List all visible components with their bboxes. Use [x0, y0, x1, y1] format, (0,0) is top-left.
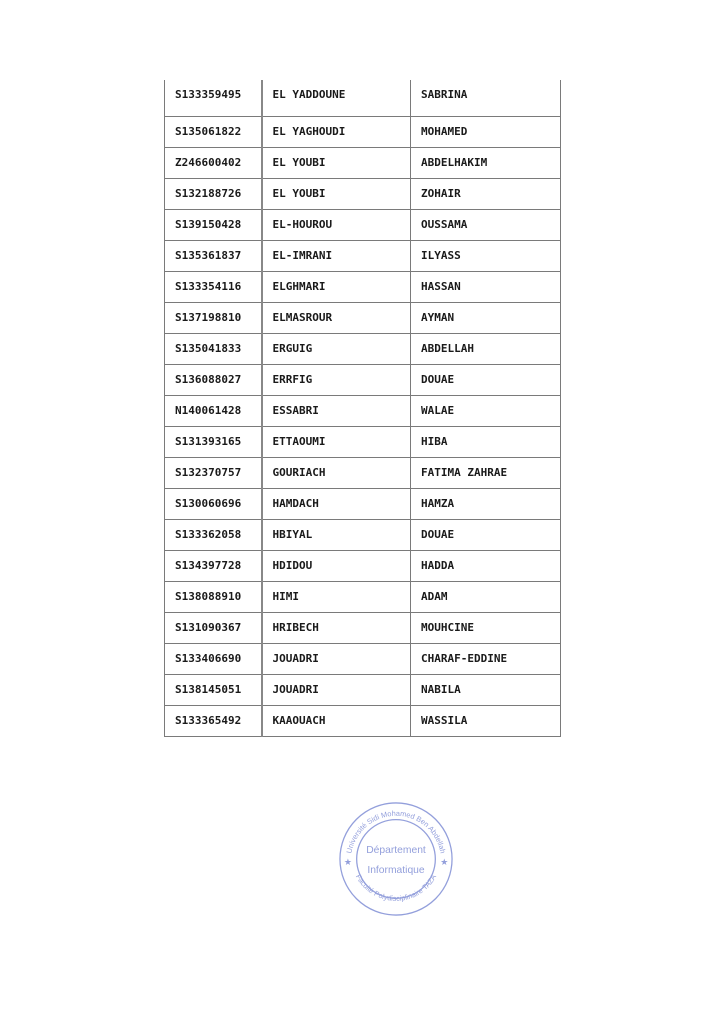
- last-name-cell-text: EL YOUBI: [273, 156, 326, 169]
- student-table: S133359495EL YADDOUNESABRINAS135061822EL…: [164, 80, 561, 737]
- last-name-cell-text: EL-HOUROU: [273, 218, 333, 231]
- first-name-cell-text: ZOHAIR: [421, 187, 461, 200]
- first-name-cell: DOUAE: [411, 519, 561, 550]
- table-row: S133354116ELGHMARIHASSAN: [165, 271, 561, 302]
- last-name-cell: EL YAGHOUDI: [262, 116, 411, 147]
- last-name-cell: ELMASROUR: [262, 302, 411, 333]
- first-name-cell-text: SABRINA: [421, 88, 467, 101]
- student-id-cell-text: S137198810: [175, 311, 241, 324]
- student-id-cell-text: S134397728: [175, 559, 241, 572]
- last-name-cell: EL YADDOUNE: [262, 80, 411, 116]
- last-name-cell-text: HAMDACH: [273, 497, 319, 510]
- last-name-cell-text: HBIYAL: [273, 528, 313, 541]
- last-name-cell-text: EL YOUBI: [273, 187, 326, 200]
- first-name-cell: HADDA: [411, 550, 561, 581]
- table-row: S139150428EL-HOUROUOUSSAMA: [165, 209, 561, 240]
- first-name-cell: HIBA: [411, 426, 561, 457]
- student-id-cell: S135061822: [165, 116, 262, 147]
- last-name-cell: ETTAOUMI: [262, 426, 411, 457]
- last-name-cell-text: HRIBECH: [273, 621, 319, 634]
- student-id-cell: S136088027: [165, 364, 262, 395]
- first-name-cell: ZOHAIR: [411, 178, 561, 209]
- student-id-cell: Z246600402: [165, 147, 262, 178]
- last-name-cell-text: ETTAOUMI: [273, 435, 326, 448]
- table-row: S131393165ETTAOUMIHIBA: [165, 426, 561, 457]
- last-name-cell-text: EL YAGHOUDI: [273, 125, 346, 138]
- table-row: N140061428ESSABRIWALAE: [165, 395, 561, 426]
- last-name-cell: ESSABRI: [262, 395, 411, 426]
- first-name-cell-text: MOHAMED: [421, 125, 467, 138]
- first-name-cell: ABDELLAH: [411, 333, 561, 364]
- student-id-cell: S138145051: [165, 674, 262, 705]
- first-name-cell: OUSSAMA: [411, 209, 561, 240]
- first-name-cell-text: NABILA: [421, 683, 461, 696]
- first-name-cell-text: HADDA: [421, 559, 454, 572]
- first-name-cell-text: HIBA: [421, 435, 448, 448]
- first-name-cell: HAMZA: [411, 488, 561, 519]
- first-name-cell: MOUHCINE: [411, 612, 561, 643]
- student-id-cell: S133406690: [165, 643, 262, 674]
- student-id-cell-text: S131393165: [175, 435, 241, 448]
- first-name-cell-text: HASSAN: [421, 280, 461, 293]
- last-name-cell: EL-IMRANI: [262, 240, 411, 271]
- student-id-cell-text: S138145051: [175, 683, 241, 696]
- first-name-cell-text: AYMAN: [421, 311, 454, 324]
- student-id-cell: S130060696: [165, 488, 262, 519]
- student-id-cell: S133354116: [165, 271, 262, 302]
- first-name-cell: HASSAN: [411, 271, 561, 302]
- student-id-cell: S132188726: [165, 178, 262, 209]
- last-name-cell: ELGHMARI: [262, 271, 411, 302]
- last-name-cell-text: ESSABRI: [273, 404, 319, 417]
- table-row: S132370757GOURIACHFATIMA ZAHRAE: [165, 457, 561, 488]
- student-id-cell: N140061428: [165, 395, 262, 426]
- student-id-cell-text: S133354116: [175, 280, 241, 293]
- first-name-cell: ADAM: [411, 581, 561, 612]
- student-id-cell-text: S130060696: [175, 497, 241, 510]
- table-row: Z246600402EL YOUBIABDELHAKIM: [165, 147, 561, 178]
- table-row: S136088027ERRFIGDOUAE: [165, 364, 561, 395]
- last-name-cell-text: EL-IMRANI: [273, 249, 333, 262]
- first-name-cell: MOHAMED: [411, 116, 561, 147]
- first-name-cell-text: ADAM: [421, 590, 448, 603]
- last-name-cell: ERGUIG: [262, 333, 411, 364]
- table-row: S138088910HIMIADAM: [165, 581, 561, 612]
- stamp-informatique-text: Informatique: [367, 865, 425, 876]
- student-id-cell: S135041833: [165, 333, 262, 364]
- student-id-cell-text: S136088027: [175, 373, 241, 386]
- table-row: S133365492KAAOUACHWASSILA: [165, 705, 561, 736]
- first-name-cell: CHARAF-EDDINE: [411, 643, 561, 674]
- student-id-cell: S135361837: [165, 240, 262, 271]
- last-name-cell-text: ERRFIG: [273, 373, 313, 386]
- table-row: S133362058HBIYALDOUAE: [165, 519, 561, 550]
- last-name-cell: HDIDOU: [262, 550, 411, 581]
- last-name-cell: JOUADRI: [262, 674, 411, 705]
- student-id-cell-text: S132188726: [175, 187, 241, 200]
- last-name-cell: HAMDACH: [262, 488, 411, 519]
- student-id-cell-text: S133359495: [175, 88, 241, 101]
- last-name-cell-text: EL YADDOUNE: [273, 88, 346, 101]
- first-name-cell: FATIMA ZAHRAE: [411, 457, 561, 488]
- first-name-cell-text: ABDELLAH: [421, 342, 474, 355]
- first-name-cell-text: MOUHCINE: [421, 621, 474, 634]
- student-id-cell: S133359495: [165, 80, 262, 116]
- student-id-cell-text: S138088910: [175, 590, 241, 603]
- student-id-cell: S134397728: [165, 550, 262, 581]
- last-name-cell-text: HDIDOU: [273, 559, 313, 572]
- student-id-cell: S133365492: [165, 705, 262, 736]
- last-name-cell: EL-HOUROU: [262, 209, 411, 240]
- student-id-cell: S138088910: [165, 581, 262, 612]
- first-name-cell: WALAE: [411, 395, 561, 426]
- last-name-cell: HIMI: [262, 581, 411, 612]
- document-page: S133359495EL YADDOUNESABRINAS135061822EL…: [0, 0, 724, 1024]
- table-row: S137198810ELMASROURAYMAN: [165, 302, 561, 333]
- last-name-cell: JOUADRI: [262, 643, 411, 674]
- table-row: S134397728HDIDOUHADDA: [165, 550, 561, 581]
- first-name-cell-text: WASSILA: [421, 714, 467, 727]
- first-name-cell-text: ILYASS: [421, 249, 461, 262]
- student-id-cell-text: Z246600402: [175, 156, 241, 169]
- last-name-cell-text: JOUADRI: [273, 683, 319, 696]
- first-name-cell-text: ABDELHAKIM: [421, 156, 487, 169]
- table-row: S133359495EL YADDOUNESABRINA: [165, 80, 561, 116]
- star-icon: ★: [344, 857, 352, 867]
- table-row: S135361837EL-IMRANIILYASS: [165, 240, 561, 271]
- first-name-cell: AYMAN: [411, 302, 561, 333]
- last-name-cell-text: KAAOUACH: [273, 714, 326, 727]
- student-id-cell-text: S139150428: [175, 218, 241, 231]
- first-name-cell-text: HAMZA: [421, 497, 454, 510]
- table-row: S131090367HRIBECHMOUHCINE: [165, 612, 561, 643]
- student-id-cell-text: S135361837: [175, 249, 241, 262]
- table-row: S138145051JOUADRINABILA: [165, 674, 561, 705]
- student-id-cell-text: S133362058: [175, 528, 241, 541]
- stamp-ring-bottom-text: Faculté Polydisciplinaire TAZA: [354, 873, 438, 903]
- last-name-cell-text: GOURIACH: [273, 466, 326, 479]
- stamp-department-text: Département: [366, 845, 426, 856]
- student-id-cell-text: N140061428: [175, 404, 241, 417]
- last-name-cell: GOURIACH: [262, 457, 411, 488]
- department-stamp: Université Sidi Mohamed Ben Abdellah Fac…: [337, 800, 455, 918]
- last-name-cell: EL YOUBI: [262, 147, 411, 178]
- last-name-cell-text: ELMASROUR: [273, 311, 333, 324]
- first-name-cell: SABRINA: [411, 80, 561, 116]
- first-name-cell: DOUAE: [411, 364, 561, 395]
- last-name-cell-text: ELGHMARI: [273, 280, 326, 293]
- student-id-cell-text: S135061822: [175, 125, 241, 138]
- student-id-cell: S132370757: [165, 457, 262, 488]
- table-row: S130060696HAMDACHHAMZA: [165, 488, 561, 519]
- last-name-cell: KAAOUACH: [262, 705, 411, 736]
- first-name-cell: NABILA: [411, 674, 561, 705]
- student-id-cell: S137198810: [165, 302, 262, 333]
- student-id-cell-text: S133365492: [175, 714, 241, 727]
- first-name-cell-text: DOUAE: [421, 528, 454, 541]
- student-id-cell-text: S135041833: [175, 342, 241, 355]
- first-name-cell-text: FATIMA ZAHRAE: [421, 466, 507, 479]
- table-row: S135061822EL YAGHOUDIMOHAMED: [165, 116, 561, 147]
- first-name-cell: WASSILA: [411, 705, 561, 736]
- first-name-cell: ABDELHAKIM: [411, 147, 561, 178]
- star-icon: ★: [440, 857, 448, 867]
- last-name-cell: EL YOUBI: [262, 178, 411, 209]
- last-name-cell: HRIBECH: [262, 612, 411, 643]
- last-name-cell: ERRFIG: [262, 364, 411, 395]
- last-name-cell-text: ERGUIG: [273, 342, 313, 355]
- first-name-cell-text: CHARAF-EDDINE: [421, 652, 507, 665]
- table-row: S133406690JOUADRICHARAF-EDDINE: [165, 643, 561, 674]
- last-name-cell-text: JOUADRI: [273, 652, 319, 665]
- first-name-cell-text: DOUAE: [421, 373, 454, 386]
- student-id-cell: S133362058: [165, 519, 262, 550]
- student-id-cell: S139150428: [165, 209, 262, 240]
- first-name-cell: ILYASS: [411, 240, 561, 271]
- student-id-cell-text: S133406690: [175, 652, 241, 665]
- first-name-cell-text: WALAE: [421, 404, 454, 417]
- last-name-cell-text: HIMI: [273, 590, 300, 603]
- student-id-cell-text: S131090367: [175, 621, 241, 634]
- student-id-cell-text: S132370757: [175, 466, 241, 479]
- table-row: S132188726EL YOUBIZOHAIR: [165, 178, 561, 209]
- table-row: S135041833ERGUIGABDELLAH: [165, 333, 561, 364]
- student-id-cell: S131090367: [165, 612, 262, 643]
- last-name-cell: HBIYAL: [262, 519, 411, 550]
- first-name-cell-text: OUSSAMA: [421, 218, 467, 231]
- student-id-cell: S131393165: [165, 426, 262, 457]
